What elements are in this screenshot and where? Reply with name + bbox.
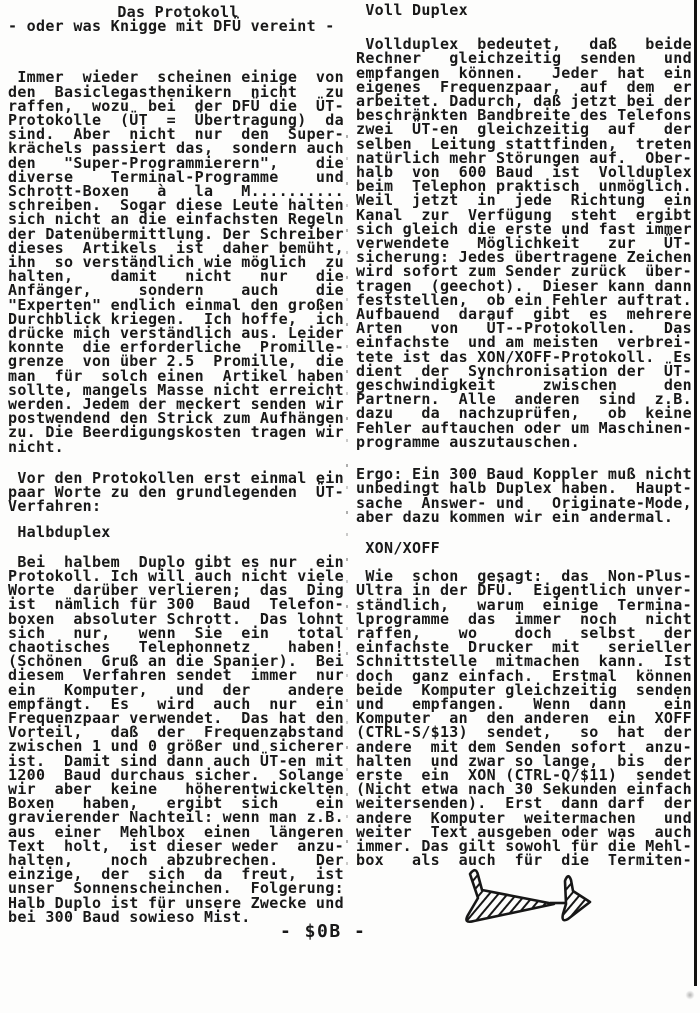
gutter-crease-artifact: [346, 135, 348, 885]
left-column: Das Protokoll- oder was Knigge mit DFÜ v…: [8, 5, 348, 924]
section-heading: Halbduplex: [8, 525, 348, 539]
paragraph: Bei halbem Duplo gibt es nur ein Protoko…: [8, 555, 348, 924]
paragraph: Immer wieder scheinen einige von den Bas…: [8, 70, 348, 453]
article-subtitle: - oder was Knigge mit DFÜ vereint -: [8, 19, 348, 33]
paragraph: Vollduplex bedeutet, daß beide Rechner g…: [356, 37, 694, 449]
paragraph: Vor den Protokollen erst einmal ein paar…: [8, 471, 348, 514]
section-heading: XON/XOFF: [356, 541, 694, 555]
arrow-doodle-icon: [450, 863, 595, 929]
paragraph: Wie schon gesagt: das Non-Plus- Ultra in…: [356, 569, 694, 867]
scanned-article-page: Das Protokoll- oder was Knigge mit DFÜ v…: [0, 0, 700, 1013]
section-heading: Voll Duplex: [356, 3, 694, 17]
scan-speck: [685, 990, 695, 1000]
paragraph: Ergo: Ein 300 Baud Koppler muß nicht unb…: [356, 467, 694, 524]
scan-edge-line: [694, 0, 697, 986]
page-number: - $0B -: [280, 921, 366, 942]
right-column: Voll Duplex Vollduplex bedeutet, daß bei…: [356, 3, 694, 867]
